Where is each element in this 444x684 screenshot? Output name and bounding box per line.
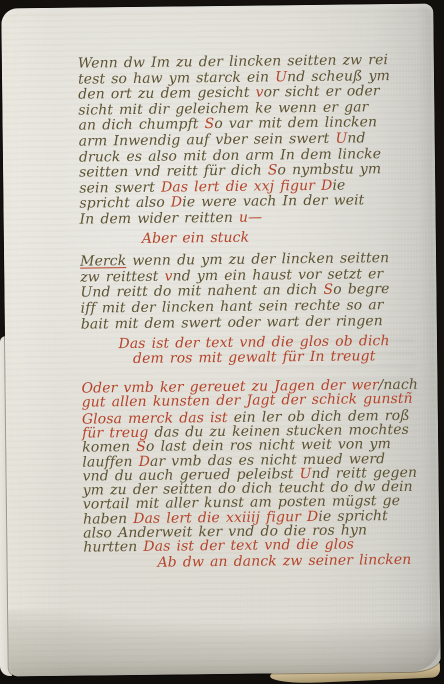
text-block: Wenn dw Im zu der lincken seitten zw rei… <box>78 53 430 571</box>
verse-couplet: Oder vmb ker gereuet zu Jagen der wer/na… <box>81 377 427 410</box>
manuscript-line: Aber ein stuck <box>142 228 426 247</box>
text-segment: or sicht er oder <box>263 83 379 100</box>
manuscript-line: bait mit dem swert oder wart der ringen <box>81 313 427 333</box>
heading-aber-ein-stuck: Aber ein stuck <box>142 228 426 247</box>
text-segment: zw reittest <box>80 268 164 285</box>
text-segment: Ab dw an danck zw seiner lincken <box>157 552 411 571</box>
text-segment: u— <box>239 209 262 225</box>
text-segment: o begre <box>333 281 389 298</box>
text-segment: sein swert <box>79 179 161 196</box>
photo-frame: Wenn dw Im zu der lincken seitten zw rei… <box>0 0 444 684</box>
manuscript-line: dem ros mit gewalt für In treugt <box>81 349 427 368</box>
line-red-catchphrase: Ab dw an danck zw seiner lincken <box>157 552 429 569</box>
text-segment: Aber ein stuck <box>142 229 249 246</box>
text-segment: ie <box>332 177 345 193</box>
text-segment: ie were vach In der weit <box>182 193 364 211</box>
text-segment: bait mit dem swert oder wart der ringen <box>81 313 383 332</box>
paragraph-left-side-riding: Wenn dw Im zu der lincken seitten zw rei… <box>78 53 426 228</box>
paragraph-merck: Merck wenn du ym zu der lincken seittenz… <box>80 251 427 333</box>
manuscript-page: Wenn dw Im zu der lincken seitten zw rei… <box>1 4 441 677</box>
paragraph-glosa: Glosa merck das ist ein ler ob dich dem … <box>82 408 430 555</box>
page-bottom-shadow <box>8 606 441 677</box>
text-segment: S <box>323 282 333 298</box>
text-segment: In dem wider reitten <box>80 210 240 228</box>
text-segment: o nymbstu ym <box>277 161 381 178</box>
text-segment: D <box>171 195 183 211</box>
manuscript-line: In dem wider reitten u— <box>80 209 426 229</box>
text-segment: U <box>275 69 287 85</box>
text-segment: D <box>321 177 333 193</box>
manuscript-line: Ab dw an danck zw seiner lincken <box>157 552 429 569</box>
text-segment: Merck <box>80 253 126 270</box>
text-segment: nd <box>347 130 365 146</box>
text-segment: hurtten <box>83 539 143 556</box>
text-segment: nd scheuß ym <box>287 68 390 85</box>
text-segment: spricht also <box>79 195 171 212</box>
text-segment: S <box>204 116 214 132</box>
text-segment: U <box>335 131 347 147</box>
text-segment: dem ros mit gewalt für In treugt <box>133 349 376 368</box>
heading-text-und-glos: Das ist der text vnd die glos ob dichdem… <box>81 334 427 368</box>
